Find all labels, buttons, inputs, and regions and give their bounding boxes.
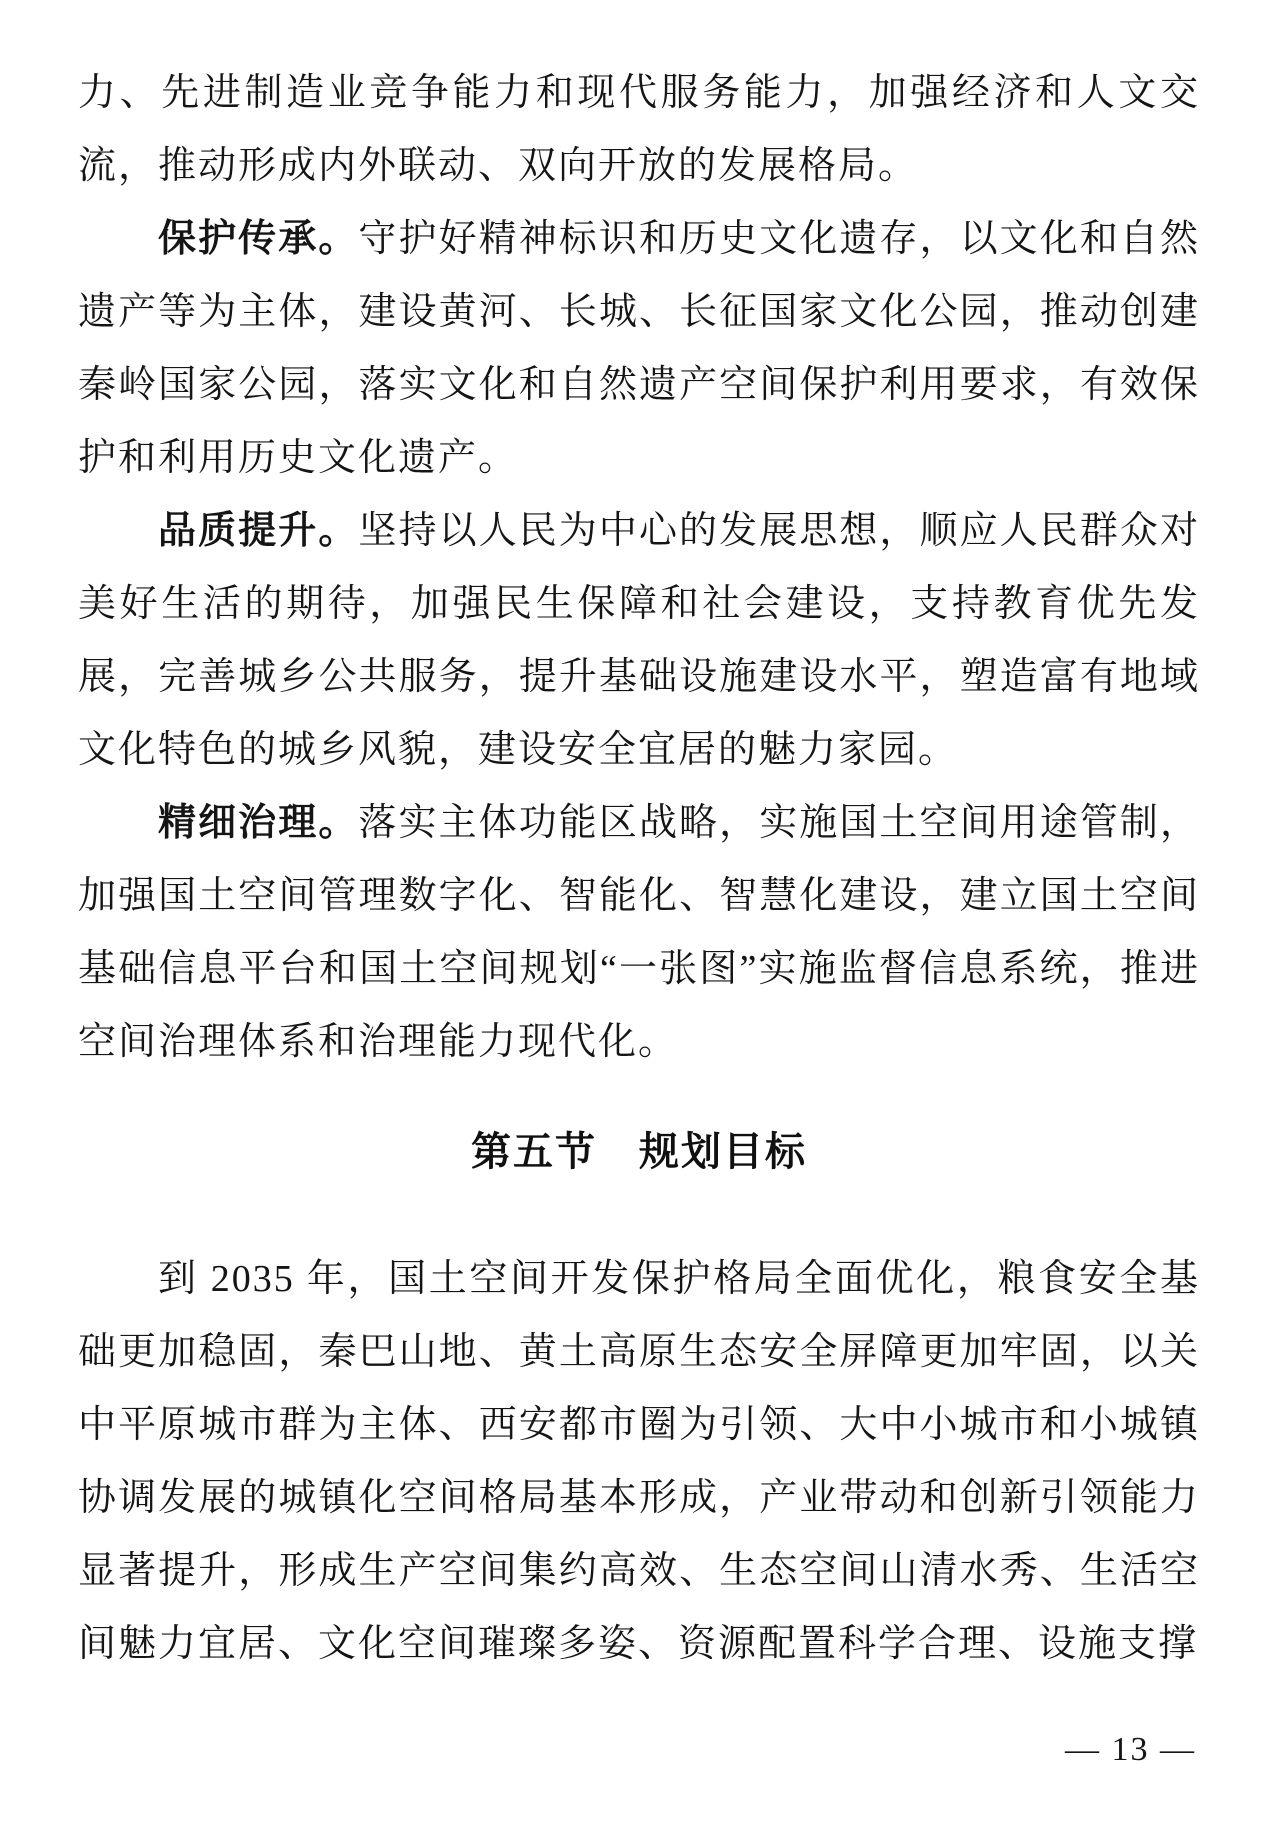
paragraph: 精细治理。落实主体功能区战略，实施国土空间用途管制，加强国土空间管理数字化、智能… <box>78 787 1200 1079</box>
page-content: 力、先进制造业竞争能力和现代服务能力，加强经济和人文交流，推动形成内外联动、双向… <box>0 0 1280 1681</box>
page-number: — 13 — <box>1065 1727 1196 1773</box>
paragraph-lead: 品质提升。 <box>158 510 358 552</box>
paragraph-text: 力、先进制造业竞争能力和现代服务能力，加强经济和人文交流，推动形成内外联动、双向… <box>78 72 1200 187</box>
paragraph: 保护传承。守护好精神标识和历史文化遗存，以文化和自然遗产等为主体，建设黄河、长城… <box>78 203 1200 495</box>
paragraph-text: 到 2035 年，国土空间开发保护格局全面优化，粮食安全基础更加稳固，秦巴山地、… <box>78 1258 1200 1665</box>
document-page: 力、先进制造业竞争能力和现代服务能力，加强经济和人文交流，推动形成内外联动、双向… <box>0 0 1280 1846</box>
paragraph: 品质提升。坚持以人民为中心的发展思想，顺应人民群众对美好生活的期待，加强民生保障… <box>78 495 1200 787</box>
paragraph-lead: 保护传承。 <box>158 218 358 260</box>
paragraph: 力、先进制造业竞争能力和现代服务能力，加强经济和人文交流，推动形成内外联动、双向… <box>78 57 1200 203</box>
paragraph: 到 2035 年，国土空间开发保护格局全面优化，粮食安全基础更加稳固，秦巴山地、… <box>78 1243 1200 1681</box>
paragraph-lead: 精细治理。 <box>158 802 358 844</box>
section-heading: 第五节 规划目标 <box>78 1116 1200 1189</box>
